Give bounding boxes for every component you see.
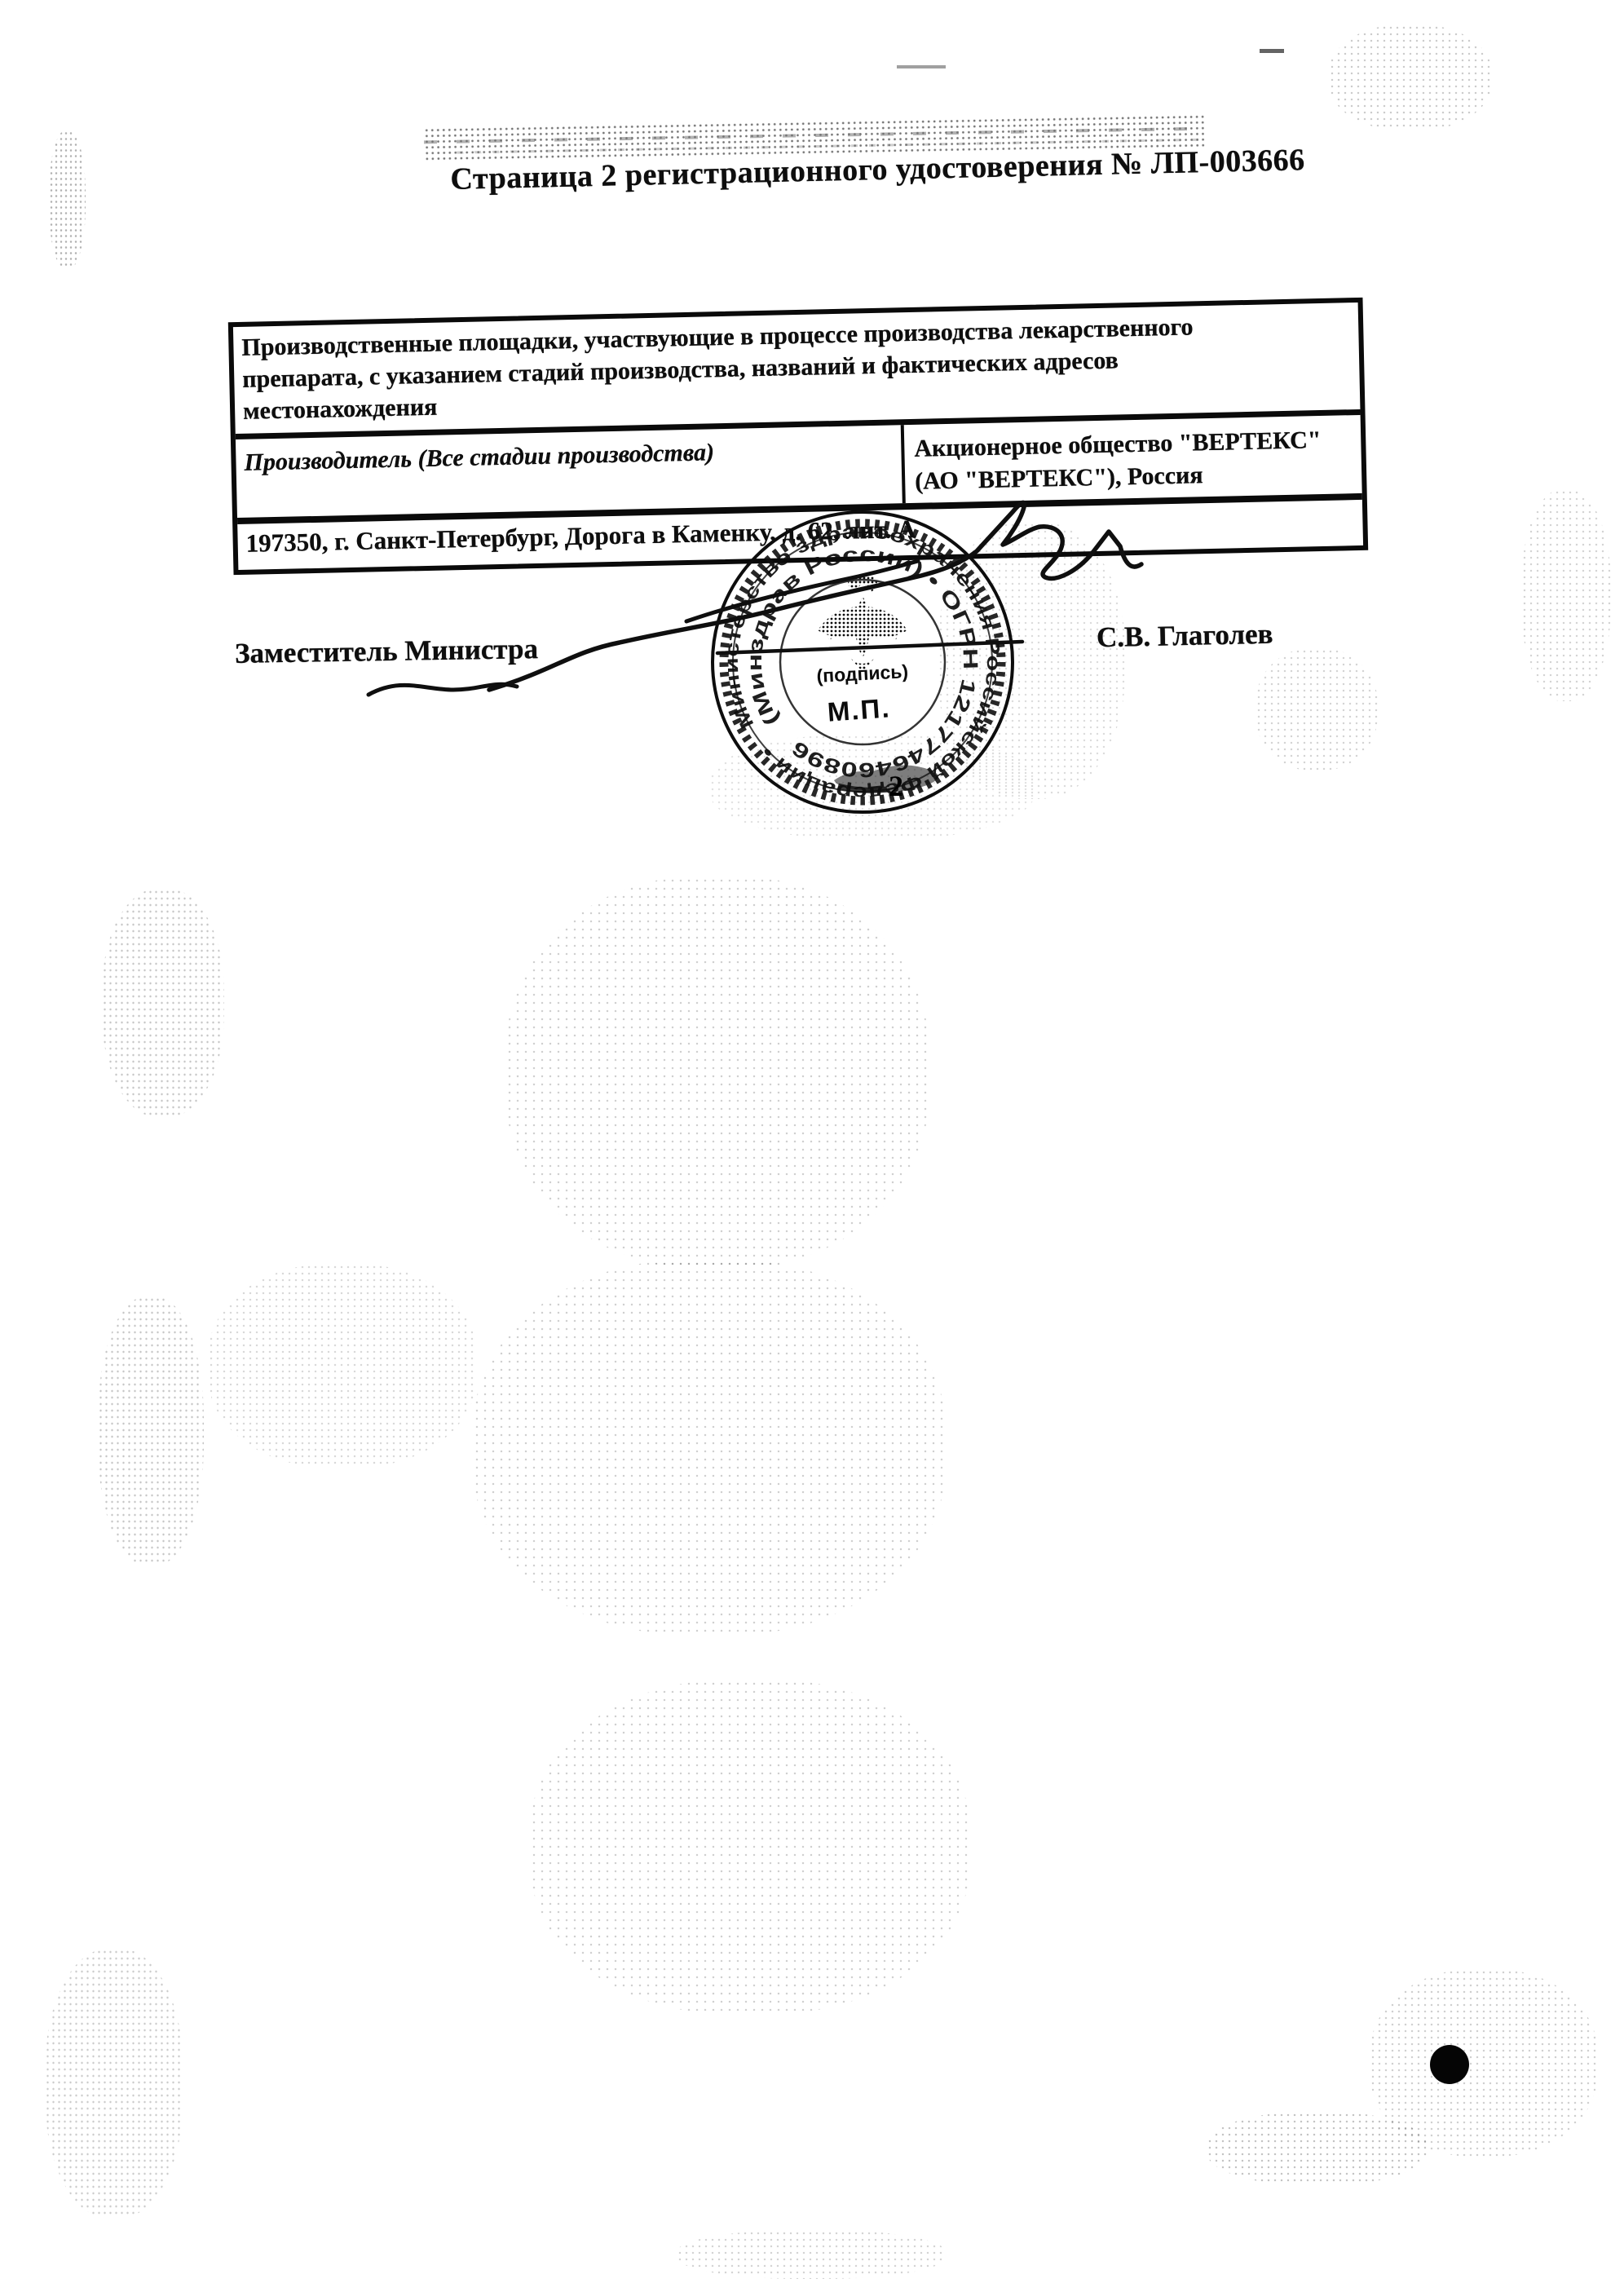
company-cell: Акционерное общество "ВЕРТЕКС" (АО "ВЕРТ… [904,415,1362,503]
signer-title: Заместитель Министра [235,633,539,670]
scan-noise [1256,648,1378,771]
scan-noise [897,65,946,68]
signer-name: С.В. Глаголев [1097,618,1273,655]
scan-artifact-dot [1430,2045,1469,2084]
eagle-emblem [818,574,907,672]
scan-noise [49,130,86,269]
stamp-mp-label: М.П. [827,692,892,726]
scan-noise [98,1296,204,1566]
scan-noise [1521,489,1611,701]
stamp-note: 2 [889,770,903,802]
scan-noise [208,1264,477,1468]
scan-noise [473,1260,946,1635]
page-title: Страница 2 регистрационного удостоверени… [450,144,1233,197]
scan-noise [45,1949,183,2218]
scan-noise [505,877,929,1268]
stamp-podpis-label: (подпись) [816,660,909,687]
signature [368,684,517,695]
scan-noise [1329,24,1492,130]
scan-noise [677,2230,946,2279]
scan-noise [1207,2112,1427,2185]
scanned-certificate-page: Страница 2 регистрационного удостоверени… [0,0,1624,2292]
scan-noise [102,889,224,1117]
scan-noise [1260,49,1284,53]
ministry-stamp: Министерство здравоохранения Российской … [699,499,1026,825]
scan-noise [530,1680,970,2014]
scan-noise [1370,1969,1598,2157]
